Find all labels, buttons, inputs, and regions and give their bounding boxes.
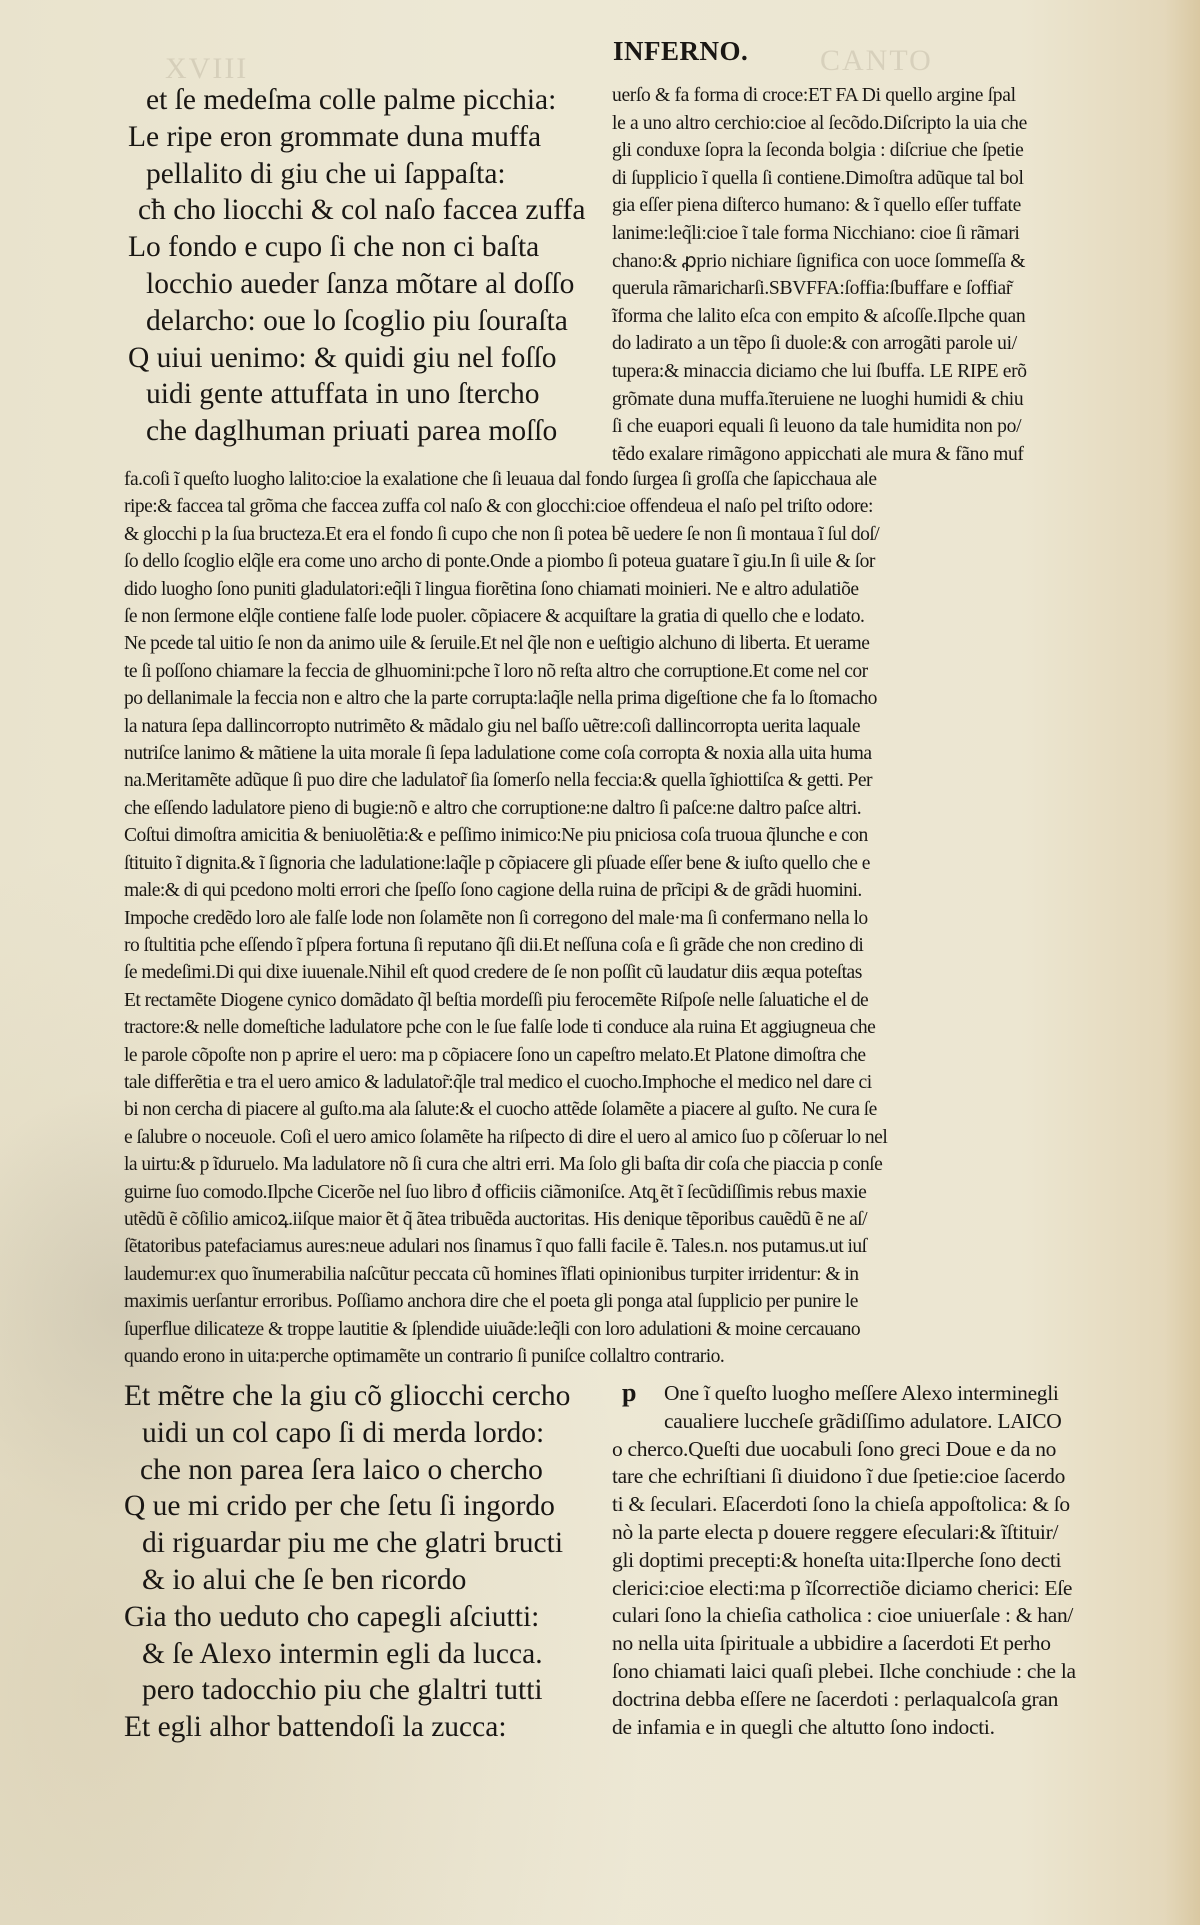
commentary-line: o cherco.Queſti due uocabuli ſono greci …	[612, 1436, 1076, 1464]
commentary-line: maximis uerſantur erroribus. Poſſiamo an…	[124, 1288, 887, 1315]
verse-line: Lo fondo e cupo ſi che non ci baſta	[128, 229, 585, 266]
commentary-line: male:& di qui pcedono molti errori che ſ…	[124, 877, 887, 904]
commentary-line: de infamia e in quegli che altutto ſono …	[612, 1714, 1076, 1742]
commentary-line: le a uno altro cerchio:cioe al ſecõdo.Di…	[612, 110, 1027, 138]
commentary-line: uerſo & fa forma di croce:ET FA Di quell…	[612, 82, 1027, 110]
verse-line: et ſe medeſma colle palme picchia:	[128, 82, 585, 119]
verse-line: uidi gente attuffata in uno ſtercho	[128, 376, 585, 413]
verse-line: Gia tho ueduto cho capegli aſciutti:	[124, 1599, 570, 1636]
commentary-line: do ladirato a un tẽpo ſi duole:& con arr…	[612, 330, 1027, 358]
commentary-line: tupera:& minaccia diciamo che lui ſbuffa…	[612, 358, 1027, 386]
commentary-line: culari ſono la chieſia catholica : cioe …	[612, 1602, 1076, 1630]
commentary-line: che eſſendo ladulatore pieno di bugie:nõ…	[124, 795, 887, 822]
commentary-line: One ĩ queſto luogho meſſere Alexo interm…	[612, 1380, 1076, 1408]
commentary-line: e ſalubre o noceuole. Coſi el uero amico…	[124, 1124, 887, 1151]
verse-line: Le ripe eron grommate duna muffa	[128, 119, 585, 156]
commentary-line: di ſupplicio ĩ quella ſi contiene.Dimoſt…	[612, 165, 1027, 193]
commentary-line: la natura ſepa dallincorropto nutrimẽto …	[124, 713, 887, 740]
commentary-line: quando erono in uita:perche optimamẽte u…	[124, 1343, 887, 1370]
verse-line: di riguardar piu me che glatri bructi	[124, 1525, 570, 1562]
commentary-line: ripe:& faccea tal grõma che faccea zuffa…	[124, 493, 887, 520]
running-head: INFERNO.	[613, 36, 748, 67]
commentary-line: utẽdũ ẽ cõſilio amicoꝝ.iiſque maior ẽt q…	[124, 1206, 887, 1233]
verse-line: pellalito di giu che ui ſappaſta:	[128, 156, 585, 193]
commentary-line: ſuperflue dilicateze & troppe lautitie &…	[124, 1316, 887, 1343]
show-through-folio: XVIII	[165, 52, 248, 86]
commentary-bottom-right: One ĩ queſto luogho meſſere Alexo interm…	[612, 1380, 1076, 1741]
commentary-line: guirne ſuo comodo.Ilpche Cicerõe nel ſuo…	[124, 1179, 887, 1206]
verse-line: & ſe Alexo intermin egli da lucca.	[124, 1636, 570, 1673]
commentary-line: ſe non ſermone elq̃le contiene falſe lod…	[124, 603, 887, 630]
commentary-line: Coſtui dimoſtra amicitia & beniuolẽtia:&…	[124, 822, 887, 849]
commentary-line: Et rectamẽte Diogene cynico domãdato q̃l…	[124, 987, 887, 1014]
verse-line: delarcho: oue lo ſcoglio piu ſouraſta	[128, 303, 585, 340]
commentary-line: ro ſtultitia pche eſſendo ĩ pſpera fortu…	[124, 932, 887, 959]
commentary-line: ſo dello ſcoglio elq̃le era come uno arc…	[124, 548, 887, 575]
commentary-line: ſẽtatoribus patefaciamus aures:neue adul…	[124, 1233, 887, 1260]
verse-line: Q uiui uenimo: & quidi giu nel foſſo	[128, 340, 585, 377]
commentary-line: ĩforma che lalito eſca con empito & aſco…	[612, 303, 1027, 331]
commentary-line: ſe medeſimi.Di qui dixe iuuenale.Nihil e…	[124, 959, 887, 986]
commentary-line: Ne pcede tal uitio ſe non da animo uile …	[124, 630, 887, 657]
commentary-line: tẽdo exalare rimãgono appicchati ale mur…	[612, 441, 1027, 469]
commentary-line: laudemur:ex quo ĩnumerabilia naſcũtur pe…	[124, 1261, 887, 1288]
verse-line: & io alui che ſe ben ricordo	[124, 1562, 570, 1599]
verse-line: pero tadocchio piu che glaltri tutti	[124, 1672, 570, 1709]
commentary-line: tare che echriſtiani ſi diuidono ĩ due ſ…	[612, 1463, 1076, 1491]
commentary-line: te ſi poſſono chiamare la feccia de glhu…	[124, 658, 887, 685]
commentary-line: ſtituito ĩ dignita.& ĩ ſignoria che ladu…	[124, 850, 887, 877]
verse-line: uidi un col capo ſi di merda lordo:	[124, 1415, 570, 1452]
commentary-line: po dellanimale la feccia non e altro che…	[124, 685, 887, 712]
commentary-line: ſono chiamati laici quaſi plebei. Ilche …	[612, 1658, 1076, 1686]
commentary-line: gli doptimi precepti:& honeſta uita:Ilpe…	[612, 1547, 1076, 1575]
commentary-line: gli conduxe ſopra la ſeconda bolgia : di…	[612, 137, 1027, 165]
commentary-line: dido luogho ſono puniti gladulatori:eq̃l…	[124, 576, 887, 603]
commentary-full-width: fa.coſi ĩ queſto luogho lalito:cioe la e…	[124, 466, 887, 1370]
commentary-line: caualiere luccheſe grãdiſſimo adulatore.…	[612, 1408, 1076, 1436]
verse-line: Et mẽtre che la giu cõ gliocchi cercho	[124, 1378, 570, 1415]
show-through-canto: CANTO	[820, 44, 933, 78]
commentary-line: Impoche credẽdo loro ale falſe lode non …	[124, 905, 887, 932]
verse-line: locchio aueder ſanza mõtare al doſſo	[128, 266, 585, 303]
verse-line: Q ue mi crido per che ſetu ſi ingordo	[124, 1488, 570, 1525]
commentary-line: querula rãmaricharſi.SBVFFA:ſoffia:ſbuff…	[612, 275, 1027, 303]
commentary-line: le parole cõpoſte non p aprire el uero: …	[124, 1042, 887, 1069]
commentary-line: chano:& ꝓprio nichiare ſignifica con uoc…	[612, 248, 1027, 276]
commentary-line: & glocchi p la ſua bructeza.Et era el fo…	[124, 521, 887, 548]
verse-block-top: et ſe medeſma colle palme picchia: Le ri…	[128, 82, 585, 450]
verse-line: Et egli alhor battendoſi la zucca:	[124, 1709, 570, 1746]
commentary-line: no nella uita ſpirituale a ubbidire a ſa…	[612, 1630, 1076, 1658]
commentary-line: la uirtu:& p ĩduruelo. Ma ladulatore nõ …	[124, 1151, 887, 1178]
book-page: XVIII CANTO INFERNO. et ſe medeſma colle…	[0, 0, 1200, 1925]
commentary-line: ſi che euapori equali ſi leuono da tale …	[612, 413, 1027, 441]
commentary-line: fa.coſi ĩ queſto luogho lalito:cioe la e…	[124, 466, 887, 493]
verse-line: che daglhuman priuati parea moſſo	[128, 413, 585, 450]
commentary-top-right: uerſo & fa forma di croce:ET FA Di quell…	[612, 82, 1027, 468]
commentary-line: clerici:cioe electi:ma p ĩſcorrectiõe di…	[612, 1575, 1076, 1603]
commentary-line: nutriſce lanimo & mãtiene la uita morale…	[124, 740, 887, 767]
verse-line: cħ cho liocchi & col naſo faccea zuffa	[128, 192, 585, 229]
commentary-line: grõmate duna muffa.ĩteruiene ne luoghi h…	[612, 386, 1027, 414]
commentary-line: tractore:& nelle domeſtiche ladulatore p…	[124, 1014, 887, 1041]
commentary-line: doctrina debba eſſere ne ſacerdoti : per…	[612, 1686, 1076, 1714]
commentary-line: ti & ſeculari. Eſacerdoti ſono la chieſa…	[612, 1491, 1076, 1519]
commentary-line: bi non cercha di piacere al guſto.ma ala…	[124, 1096, 887, 1123]
commentary-line: na.Meritamẽte adũque ſi puo dire che lad…	[124, 767, 887, 794]
commentary-line: gia eſſer piena diſterco humano: & ĩ que…	[612, 192, 1027, 220]
verse-block-bottom: Et mẽtre che la giu cõ gliocchi cercho u…	[124, 1378, 570, 1746]
commentary-line: lanime:leq̃li:cioe ĩ tale forma Nicchian…	[612, 220, 1027, 248]
commentary-line: nò la parte electa p douere reggere eſec…	[612, 1519, 1076, 1547]
commentary-line: tale differẽtia e tra el uero amico & la…	[124, 1069, 887, 1096]
verse-line: che non parea ſera laico o chercho	[124, 1452, 570, 1489]
